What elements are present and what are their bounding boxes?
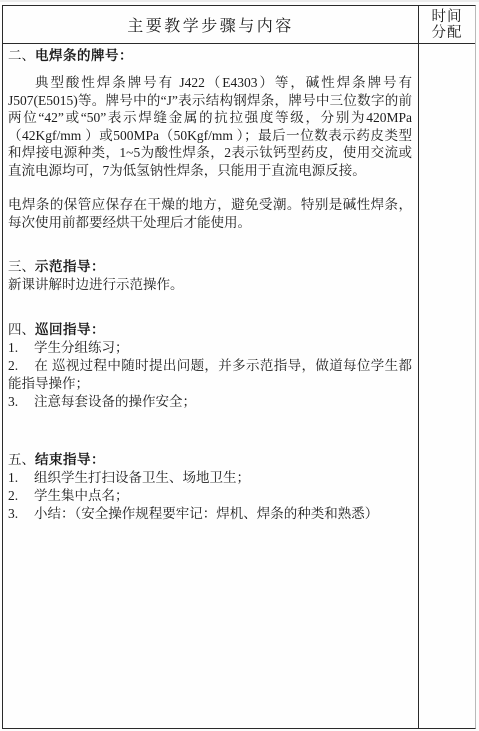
list-item-text: 组织学生打扫设备卫生、场地卫生； [34, 470, 250, 485]
section-3-title: 示范指导： [35, 259, 105, 274]
section-2-paragraph-2: 电焊条的保管应保存在干燥的地方，避免受潮。特别是碱性焊条，每次使用前都要经烘干处… [8, 196, 412, 231]
section-2-heading: 二、电焊条的牌号： [8, 47, 412, 65]
time-label-line2: 分配 [432, 25, 463, 41]
section-3-body: 新课讲解时边进行示范操作。 [8, 276, 412, 294]
table-header-row: 主要教学步骤与内容 时间 分配 [3, 6, 475, 44]
list-item: 2.在 巡视过程中随时提出问题，并多示范指导，做道每位学生都能指导操作； [8, 357, 412, 393]
list-item-number: 1. [8, 469, 34, 487]
section-4-number: 四、 [8, 322, 35, 337]
list-item: 2.学生集中点名； [8, 487, 412, 505]
list-item-text: 注意每套设备的操作安全； [34, 394, 196, 409]
list-item-text: 学生集中点名； [34, 488, 129, 503]
section-2-number: 二、 [8, 48, 35, 63]
section-5-number: 五、 [8, 452, 35, 467]
main-content-header-cell: 主要教学步骤与内容 [3, 6, 419, 43]
list-item-text: 小结：（安全操作规程要牢记：焊机、焊条的种类和熟悉） [34, 506, 378, 521]
list-item: 3.小结：（安全操作规程要牢记：焊机、焊条的种类和熟悉） [8, 505, 412, 523]
time-label-line1: 时间 [432, 9, 463, 25]
table-body-row: 二、电焊条的牌号： 典型酸性焊条牌号有 J422（E4303）等，碱性焊条牌号有… [3, 44, 475, 728]
section-4-heading: 四、巡回指导： [8, 321, 412, 339]
time-allocation-header-cell: 时间 分配 [419, 6, 475, 43]
section-5-title: 结束指导： [35, 452, 105, 467]
list-item-text: 在 巡视过程中随时提出问题，并多示范指导，做道每位学生都能指导操作； [8, 358, 412, 391]
list-item-number: 3. [8, 505, 34, 523]
list-item-number: 3. [8, 393, 34, 411]
section-5-heading: 五、结束指导： [8, 451, 412, 469]
lesson-plan-table: 主要教学步骤与内容 时间 分配 二、电焊条的牌号： 典型酸性焊条牌号有 J422… [2, 5, 476, 729]
section-2-paragraph-1: 典型酸性焊条牌号有 J422（E4303）等，碱性焊条牌号有J507(E5015… [8, 74, 412, 179]
list-item: 3.注意每套设备的操作安全； [8, 393, 412, 411]
section-4-title: 巡回指导： [35, 322, 105, 337]
list-item: 1.学生分组练习； [8, 339, 412, 357]
list-item-text: 学生分组练习； [34, 340, 129, 355]
list-item-number: 2. [8, 357, 34, 375]
section-3-number: 三、 [8, 259, 35, 274]
section-2-title: 电焊条的牌号： [35, 48, 133, 63]
list-item-number: 2. [8, 487, 34, 505]
document-page: 主要教学步骤与内容 时间 分配 二、电焊条的牌号： 典型酸性焊条牌号有 J422… [0, 0, 479, 731]
list-item-number: 1. [8, 339, 34, 357]
time-allocation-cell [419, 44, 475, 728]
list-item: 1.组织学生打扫设备卫生、场地卫生； [8, 469, 412, 487]
main-content-cell: 二、电焊条的牌号： 典型酸性焊条牌号有 J422（E4303）等，碱性焊条牌号有… [3, 44, 419, 728]
section-3-heading: 三、示范指导： [8, 258, 412, 276]
page-title: 主要教学步骤与内容 [127, 13, 294, 36]
